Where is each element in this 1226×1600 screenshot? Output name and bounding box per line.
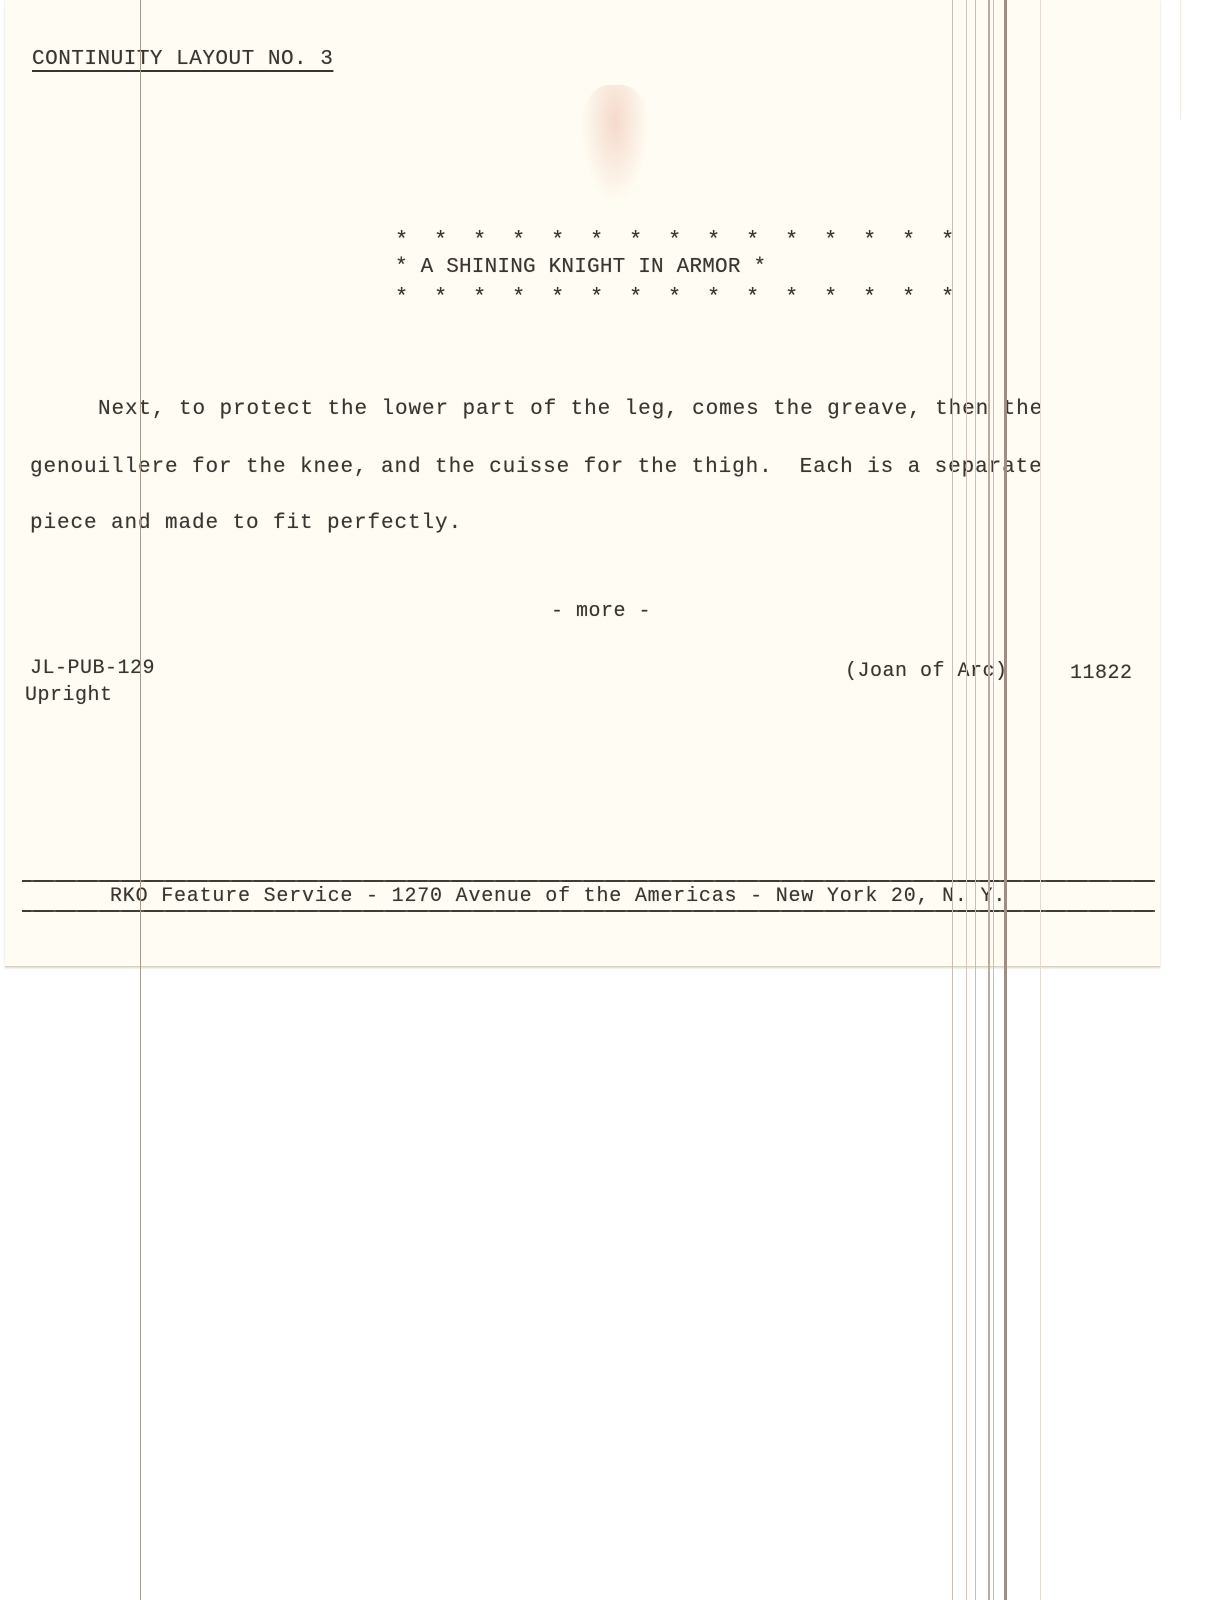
body-paragraph-line: genouillere for the knee, and the cuisse… [30, 456, 1043, 479]
more-marker: - more - [551, 600, 651, 623]
document-title: CONTINUITY LAYOUT NO. 3 [32, 48, 333, 71]
scan-line [140, 0, 141, 1600]
footer-address: RKO Feature Service - 1270 Avenue of the… [110, 885, 1006, 908]
scan-line [1180, 0, 1181, 120]
typed-page [5, 0, 1160, 967]
scan-line [1004, 0, 1007, 1600]
body-paragraph-line: Next, to protect the lower part of the l… [98, 398, 1043, 421]
document-number: 11822 [1070, 662, 1133, 685]
scan-line [1040, 0, 1041, 1600]
stars-border-top: * * * * * * * * * * * * * * * [395, 228, 961, 253]
stain-mark [580, 85, 650, 205]
footer-rule-top [22, 880, 1155, 882]
body-paragraph-line: piece and made to fit perfectly. [30, 512, 462, 535]
scan-line [993, 0, 994, 1600]
scan-line [966, 0, 967, 1600]
orientation-label: Upright [25, 684, 113, 707]
headline: * A SHINING KNIGHT IN ARMOR * [395, 256, 766, 279]
scan-line [975, 0, 976, 1600]
scan-line [952, 0, 953, 1600]
reference-code: JL-PUB-129 [30, 657, 155, 680]
footer-rule-bottom [22, 910, 1155, 912]
scan-line [988, 0, 990, 1600]
stars-border-bottom: * * * * * * * * * * * * * * * [395, 285, 961, 310]
film-title: (Joan of Arc) [845, 660, 1008, 683]
